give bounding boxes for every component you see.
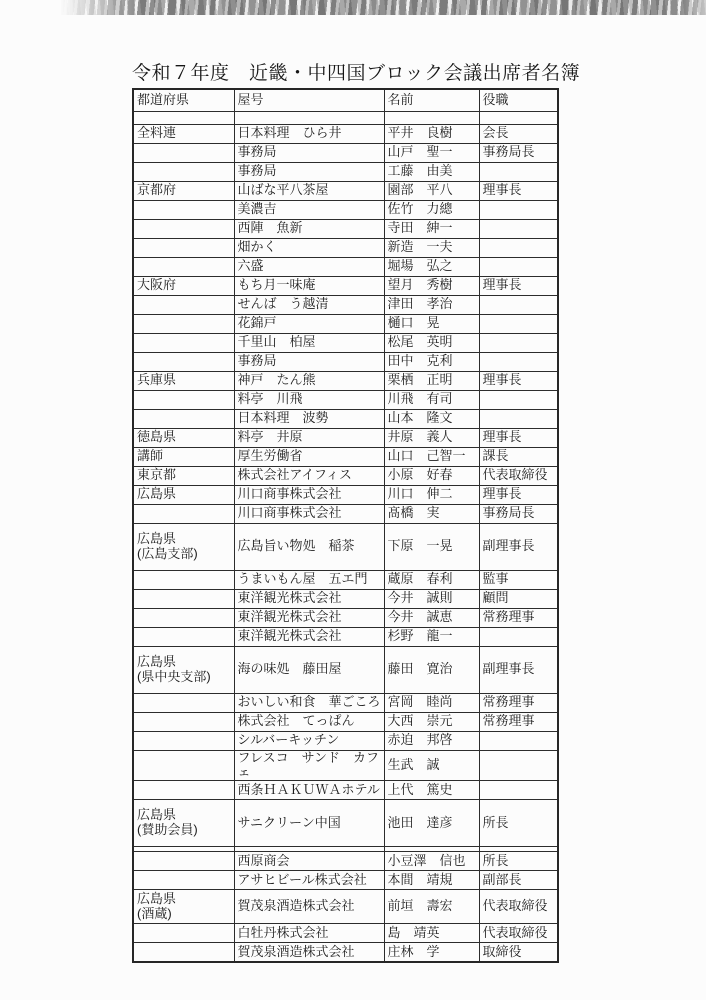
name-cell: 山戸 聖一 xyxy=(384,143,479,162)
shop-cell: 広島旨い物処 稲茶 xyxy=(234,523,384,570)
name-cell: 井原 義人 xyxy=(384,428,479,447)
name-cell: 小豆澤 信也 xyxy=(384,852,479,871)
prefecture-cell xyxy=(133,238,234,257)
role-cell xyxy=(479,731,558,750)
page-title: 令和７年度 近畿・中四国ブロック会議出席者名簿 xyxy=(132,58,556,85)
role-cell: 常務理事 xyxy=(479,693,558,712)
name-cell: 平井 良樹 xyxy=(384,124,479,143)
shop-cell: 千里山 柏屋 xyxy=(234,333,384,352)
name-cell: 栗栖 正明 xyxy=(384,371,479,390)
prefecture-cell: 広島県 (県中央支部) xyxy=(133,646,234,693)
role-cell: 理事長 xyxy=(479,485,558,504)
role-cell: 所長 xyxy=(479,852,558,871)
name-cell: 山本 隆文 xyxy=(384,409,479,428)
role-cell xyxy=(479,781,558,800)
name-cell: 前垣 壽宏 xyxy=(384,890,479,924)
shop-cell: 六盛 xyxy=(234,257,384,276)
name-cell: 松尾 英明 xyxy=(384,333,479,352)
shop-cell: 東洋観光株式会社 xyxy=(234,589,384,608)
shop-cell: 事務局 xyxy=(234,162,384,181)
table-row: 広島県川口商事株式会社川口 伸二理事長 xyxy=(133,485,558,504)
name-cell: 島 靖英 xyxy=(384,924,479,943)
name-cell: 生武 誠 xyxy=(384,750,479,781)
name-cell: 蔵原 春利 xyxy=(384,570,479,589)
name-cell: 望月 秀樹 xyxy=(384,276,479,295)
name-cell: 藤田 寛治 xyxy=(384,646,479,693)
shop-cell: 事務局 xyxy=(234,143,384,162)
table-row: フレスコ サンド カフェ生武 誠 xyxy=(133,750,558,781)
name-cell: 杉野 龍一 xyxy=(384,627,479,646)
shop-cell: 東洋観光株式会社 xyxy=(234,608,384,627)
header-prefecture: 都道府県 xyxy=(133,89,234,111)
shop-cell: 賀茂泉酒造株式会社 xyxy=(234,943,384,962)
prefecture-cell: 広島県 (賛助会員) xyxy=(133,800,234,847)
role-cell: 事務局長 xyxy=(479,504,558,523)
role-cell: 事務局長 xyxy=(479,143,558,162)
table-row: アサヒビール株式会社本間 靖規副部長 xyxy=(133,871,558,890)
role-cell xyxy=(479,111,558,124)
role-cell xyxy=(479,627,558,646)
name-cell: 庄林 学 xyxy=(384,943,479,962)
prefecture-cell xyxy=(133,504,234,523)
role-cell xyxy=(479,750,558,781)
table-row: 料亭 川飛川飛 有司 xyxy=(133,390,558,409)
prefecture-cell xyxy=(133,750,234,781)
prefecture-cell xyxy=(133,693,234,712)
role-cell xyxy=(479,219,558,238)
shop-cell: シルバーキッチン xyxy=(234,731,384,750)
role-cell xyxy=(479,409,558,428)
prefecture-cell: 徳島県 xyxy=(133,428,234,447)
prefecture-cell: 兵庫県 xyxy=(133,371,234,390)
header-role: 役職 xyxy=(479,89,558,111)
table-row: 日本料理 波勢山本 隆文 xyxy=(133,409,558,428)
shop-cell: 日本料理 波勢 xyxy=(234,409,384,428)
prefecture-cell: 広島県 (広島支部) xyxy=(133,523,234,570)
table-row: 川口商事株式会社髙橋 実事務局長 xyxy=(133,504,558,523)
name-cell: 新造 一夫 xyxy=(384,238,479,257)
prefecture-cell: 全料連 xyxy=(133,124,234,143)
prefecture-cell: 広島県 (酒蔵) xyxy=(133,890,234,924)
role-cell: 理事長 xyxy=(479,428,558,447)
shop-cell xyxy=(234,111,384,124)
shop-cell: 株式会社 てっぱん xyxy=(234,712,384,731)
name-cell: 山口 己智一 xyxy=(384,447,479,466)
prefecture-cell xyxy=(133,200,234,219)
name-cell: 今井 誠恵 xyxy=(384,608,479,627)
name-cell: 池田 達彦 xyxy=(384,800,479,847)
name-cell: 上代 篤史 xyxy=(384,781,479,800)
role-cell: 会長 xyxy=(479,124,558,143)
name-cell: 宮岡 睦尚 xyxy=(384,693,479,712)
table-row: 東洋観光株式会社杉野 龍一 xyxy=(133,627,558,646)
name-cell: 髙橋 実 xyxy=(384,504,479,523)
shop-cell: 神戸 たん熊 xyxy=(234,371,384,390)
table-row: 兵庫県神戸 たん熊栗栖 正明理事長 xyxy=(133,371,558,390)
name-cell: 津田 孝治 xyxy=(384,295,479,314)
table-row: 西陣 魚新寺田 紳一 xyxy=(133,219,558,238)
table-row: 六盛堀場 弘之 xyxy=(133,257,558,276)
table-row: 事務局田中 克利 xyxy=(133,352,558,371)
name-cell: 下原 一晃 xyxy=(384,523,479,570)
prefecture-cell xyxy=(133,871,234,890)
role-cell: 顧問 xyxy=(479,589,558,608)
shop-cell: 東洋観光株式会社 xyxy=(234,627,384,646)
prefecture-cell: 京都府 xyxy=(133,181,234,200)
name-cell: 小原 好春 xyxy=(384,466,479,485)
role-cell: 理事長 xyxy=(479,371,558,390)
attendee-table-header: 都道府県 屋号 名前 役職 xyxy=(133,89,558,111)
role-cell xyxy=(479,257,558,276)
table-row: 全料連日本料理 ひら井平井 良樹会長 xyxy=(133,124,558,143)
table-row: 京都府山ばな平八茶屋園部 平八理事長 xyxy=(133,181,558,200)
role-cell: 監事 xyxy=(479,570,558,589)
prefecture-cell xyxy=(133,943,234,962)
table-row: うまいもん屋 五エ門蔵原 春利監事 xyxy=(133,570,558,589)
table-row: 西原商会小豆澤 信也所長 xyxy=(133,852,558,871)
role-cell xyxy=(479,200,558,219)
name-cell: 寺田 紳一 xyxy=(384,219,479,238)
shop-cell: 西陣 魚新 xyxy=(234,219,384,238)
role-cell xyxy=(479,333,558,352)
prefecture-cell xyxy=(133,162,234,181)
prefecture-cell xyxy=(133,731,234,750)
table-row: 事務局工藤 由美 xyxy=(133,162,558,181)
shop-cell: おいしい和食 華ごころ xyxy=(234,693,384,712)
name-cell: 本間 靖規 xyxy=(384,871,479,890)
scanned-document-page: 令和７年度 近畿・中四国ブロック会議出席者名簿 都道府県 屋号 名前 役職 全料… xyxy=(0,0,706,1000)
prefecture-cell xyxy=(133,608,234,627)
role-cell: 所長 xyxy=(479,800,558,847)
table-row: 徳島県料亭 井原井原 義人理事長 xyxy=(133,428,558,447)
role-cell: 理事長 xyxy=(479,181,558,200)
prefecture-cell xyxy=(133,852,234,871)
shop-cell: 白牡丹株式会社 xyxy=(234,924,384,943)
role-cell xyxy=(479,295,558,314)
shop-cell: 畑かく xyxy=(234,238,384,257)
name-cell: 田中 克利 xyxy=(384,352,479,371)
table-row: 広島県 (県中央支部)海の味処 藤田屋藤田 寛治副理事長 xyxy=(133,646,558,693)
name-cell: 赤迫 邦啓 xyxy=(384,731,479,750)
attendee-table: 都道府県 屋号 名前 役職 全料連日本料理 ひら井平井 良樹会長事務局山戸 聖一… xyxy=(132,88,559,963)
shop-cell: 花錦戸 xyxy=(234,314,384,333)
attendee-table-body: 全料連日本料理 ひら井平井 良樹会長事務局山戸 聖一事務局長事務局工藤 由美京都… xyxy=(133,111,558,962)
name-cell: 工藤 由美 xyxy=(384,162,479,181)
table-row: 東洋観光株式会社今井 誠則顧問 xyxy=(133,589,558,608)
shop-cell: 西原商会 xyxy=(234,852,384,871)
name-cell: 今井 誠則 xyxy=(384,589,479,608)
table-row: 広島県 (広島支部)広島旨い物処 稲茶下原 一晃副理事長 xyxy=(133,523,558,570)
table-row: せんば う越清津田 孝治 xyxy=(133,295,558,314)
role-cell xyxy=(479,352,558,371)
prefecture-cell xyxy=(133,589,234,608)
role-cell: 課長 xyxy=(479,447,558,466)
header-name: 名前 xyxy=(384,89,479,111)
prefecture-cell xyxy=(133,219,234,238)
prefecture-cell xyxy=(133,570,234,589)
table-row: 西条ＨＡＫＵＷＡホテル上代 篤史 xyxy=(133,781,558,800)
shop-cell: もち月一味庵 xyxy=(234,276,384,295)
table-row: 広島県 (賛助会員)サニクリーン中国池田 達彦所長 xyxy=(133,800,558,847)
name-cell: 堀場 弘之 xyxy=(384,257,479,276)
table-row: 広島県 (酒蔵)賀茂泉酒造株式会社前垣 壽宏代表取締役 xyxy=(133,890,558,924)
prefecture-cell xyxy=(133,781,234,800)
name-cell: 川飛 有司 xyxy=(384,390,479,409)
scan-artifact-band xyxy=(60,0,706,15)
shop-cell: サニクリーン中国 xyxy=(234,800,384,847)
name-cell: 樋口 晃 xyxy=(384,314,479,333)
table-row: 花錦戸樋口 晃 xyxy=(133,314,558,333)
prefecture-cell xyxy=(133,352,234,371)
prefecture-cell xyxy=(133,111,234,124)
table-row: 千里山 柏屋松尾 英明 xyxy=(133,333,558,352)
shop-cell: 山ばな平八茶屋 xyxy=(234,181,384,200)
name-cell: 佐竹 力總 xyxy=(384,200,479,219)
shop-cell: 川口商事株式会社 xyxy=(234,485,384,504)
prefecture-cell: 講師 xyxy=(133,447,234,466)
table-row: 畑かく新造 一夫 xyxy=(133,238,558,257)
table-row: 講師厚生労働省山口 己智一課長 xyxy=(133,447,558,466)
prefecture-cell xyxy=(133,333,234,352)
shop-cell: 料亭 井原 xyxy=(234,428,384,447)
name-cell: 大西 崇元 xyxy=(384,712,479,731)
shop-cell: 美濃吉 xyxy=(234,200,384,219)
role-cell: 代表取締役 xyxy=(479,466,558,485)
prefecture-cell xyxy=(133,924,234,943)
role-cell: 代表取締役 xyxy=(479,924,558,943)
prefecture-cell xyxy=(133,390,234,409)
header-row: 都道府県 屋号 名前 役職 xyxy=(133,89,558,111)
prefecture-cell xyxy=(133,257,234,276)
prefecture-cell: 東京都 xyxy=(133,466,234,485)
role-cell: 代表取締役 xyxy=(479,890,558,924)
name-cell: 川口 伸二 xyxy=(384,485,479,504)
role-cell xyxy=(479,238,558,257)
prefecture-cell: 大阪府 xyxy=(133,276,234,295)
table-row: おいしい和食 華ごころ宮岡 睦尚常務理事 xyxy=(133,693,558,712)
shop-cell: 西条ＨＡＫＵＷＡホテル xyxy=(234,781,384,800)
role-cell xyxy=(479,162,558,181)
table-row xyxy=(133,111,558,124)
role-cell: 常務理事 xyxy=(479,712,558,731)
shop-cell: 料亭 川飛 xyxy=(234,390,384,409)
role-cell xyxy=(479,314,558,333)
table-row: 東京都株式会社アイフィス小原 好春代表取締役 xyxy=(133,466,558,485)
prefecture-cell xyxy=(133,627,234,646)
table-row: 事務局山戸 聖一事務局長 xyxy=(133,143,558,162)
shop-cell: 株式会社アイフィス xyxy=(234,466,384,485)
table-row: シルバーキッチン赤迫 邦啓 xyxy=(133,731,558,750)
shop-cell: 事務局 xyxy=(234,352,384,371)
table-row: 美濃吉佐竹 力總 xyxy=(133,200,558,219)
shop-cell: アサヒビール株式会社 xyxy=(234,871,384,890)
header-shop: 屋号 xyxy=(234,89,384,111)
shop-cell: うまいもん屋 五エ門 xyxy=(234,570,384,589)
prefecture-cell xyxy=(133,143,234,162)
shop-cell: せんば う越清 xyxy=(234,295,384,314)
role-cell: 常務理事 xyxy=(479,608,558,627)
prefecture-cell: 広島県 xyxy=(133,485,234,504)
table-row: 賀茂泉酒造株式会社庄林 学取締役 xyxy=(133,943,558,962)
shop-cell: 賀茂泉酒造株式会社 xyxy=(234,890,384,924)
shop-cell: 厚生労働省 xyxy=(234,447,384,466)
table-row: 大阪府もち月一味庵望月 秀樹理事長 xyxy=(133,276,558,295)
shop-cell: フレスコ サンド カフェ xyxy=(234,750,384,781)
prefecture-cell xyxy=(133,314,234,333)
shop-cell: 日本料理 ひら井 xyxy=(234,124,384,143)
role-cell: 副理事長 xyxy=(479,523,558,570)
shop-cell: 海の味処 藤田屋 xyxy=(234,646,384,693)
prefecture-cell xyxy=(133,295,234,314)
table-row: 東洋観光株式会社今井 誠恵常務理事 xyxy=(133,608,558,627)
role-cell: 副部長 xyxy=(479,871,558,890)
prefecture-cell xyxy=(133,712,234,731)
table-row: 白牡丹株式会社島 靖英代表取締役 xyxy=(133,924,558,943)
role-cell: 理事長 xyxy=(479,276,558,295)
shop-cell: 川口商事株式会社 xyxy=(234,504,384,523)
role-cell: 取締役 xyxy=(479,943,558,962)
prefecture-cell xyxy=(133,409,234,428)
name-cell xyxy=(384,111,479,124)
role-cell: 副理事長 xyxy=(479,646,558,693)
table-row: 株式会社 てっぱん大西 崇元常務理事 xyxy=(133,712,558,731)
role-cell xyxy=(479,390,558,409)
name-cell: 園部 平八 xyxy=(384,181,479,200)
